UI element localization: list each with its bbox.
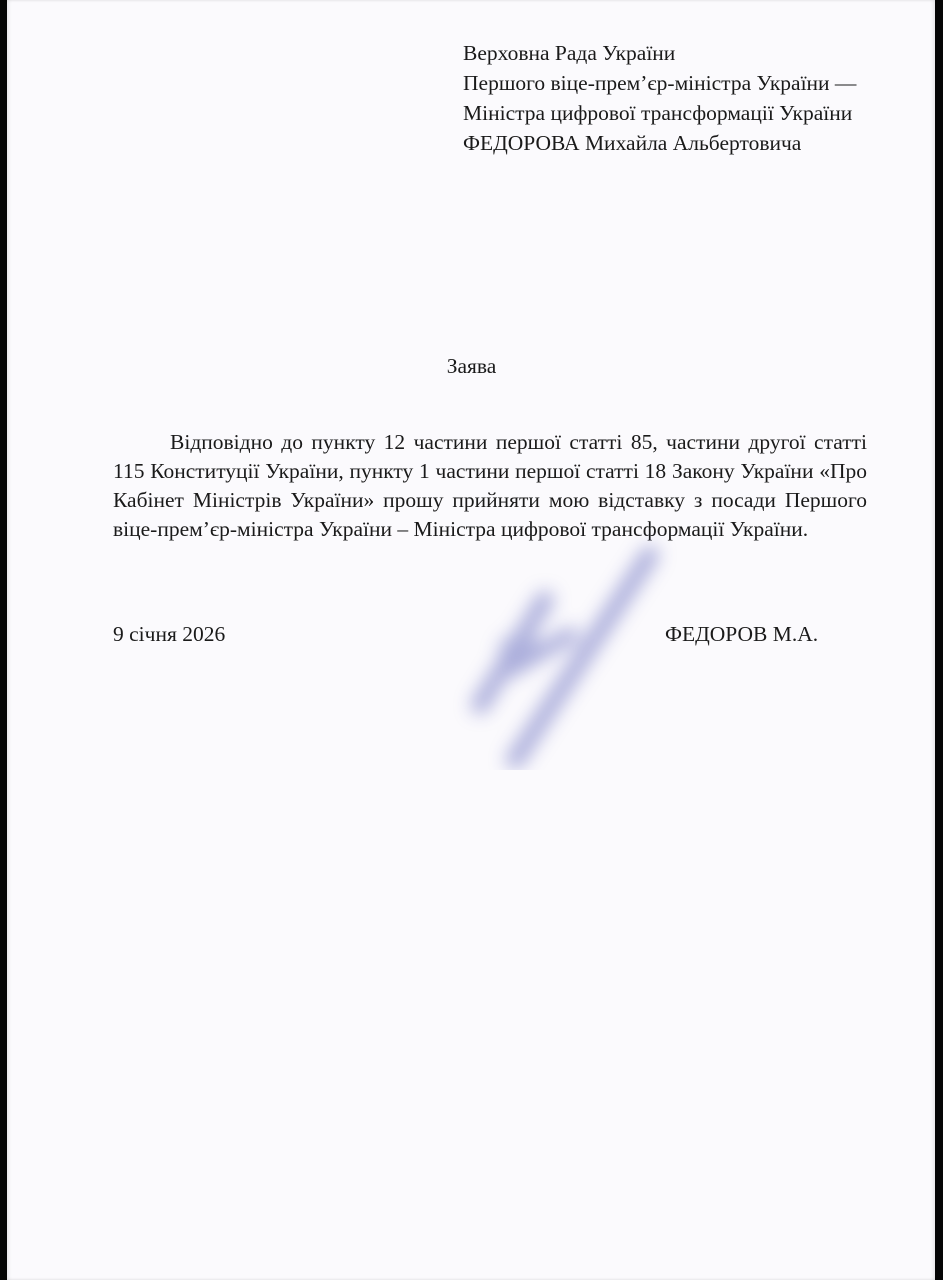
addressee-line: Верховна Рада України	[463, 38, 856, 68]
statement-paragraph: Відповідно до пункту 12 частини першої с…	[113, 428, 867, 544]
addressee-line: Міністра цифрової трансформації України	[463, 98, 856, 128]
scan-border-right	[935, 0, 943, 1280]
signer-name: ФЕДОРОВ М.А.	[665, 620, 818, 648]
addressee-line: Першого віце-прем’єр-міністра України —	[463, 68, 856, 98]
statement-body: Відповідно до пункту 12 частини першої с…	[113, 428, 867, 544]
document-date: 9 січня 2026	[113, 620, 225, 648]
document-title: Заява	[0, 352, 943, 380]
addressee-block: Верховна Рада України Першого віце-прем’…	[463, 38, 856, 158]
scan-border-left	[0, 0, 7, 1280]
addressee-line: ФЕДОРОВА Михайла Альбертовича	[463, 128, 856, 158]
